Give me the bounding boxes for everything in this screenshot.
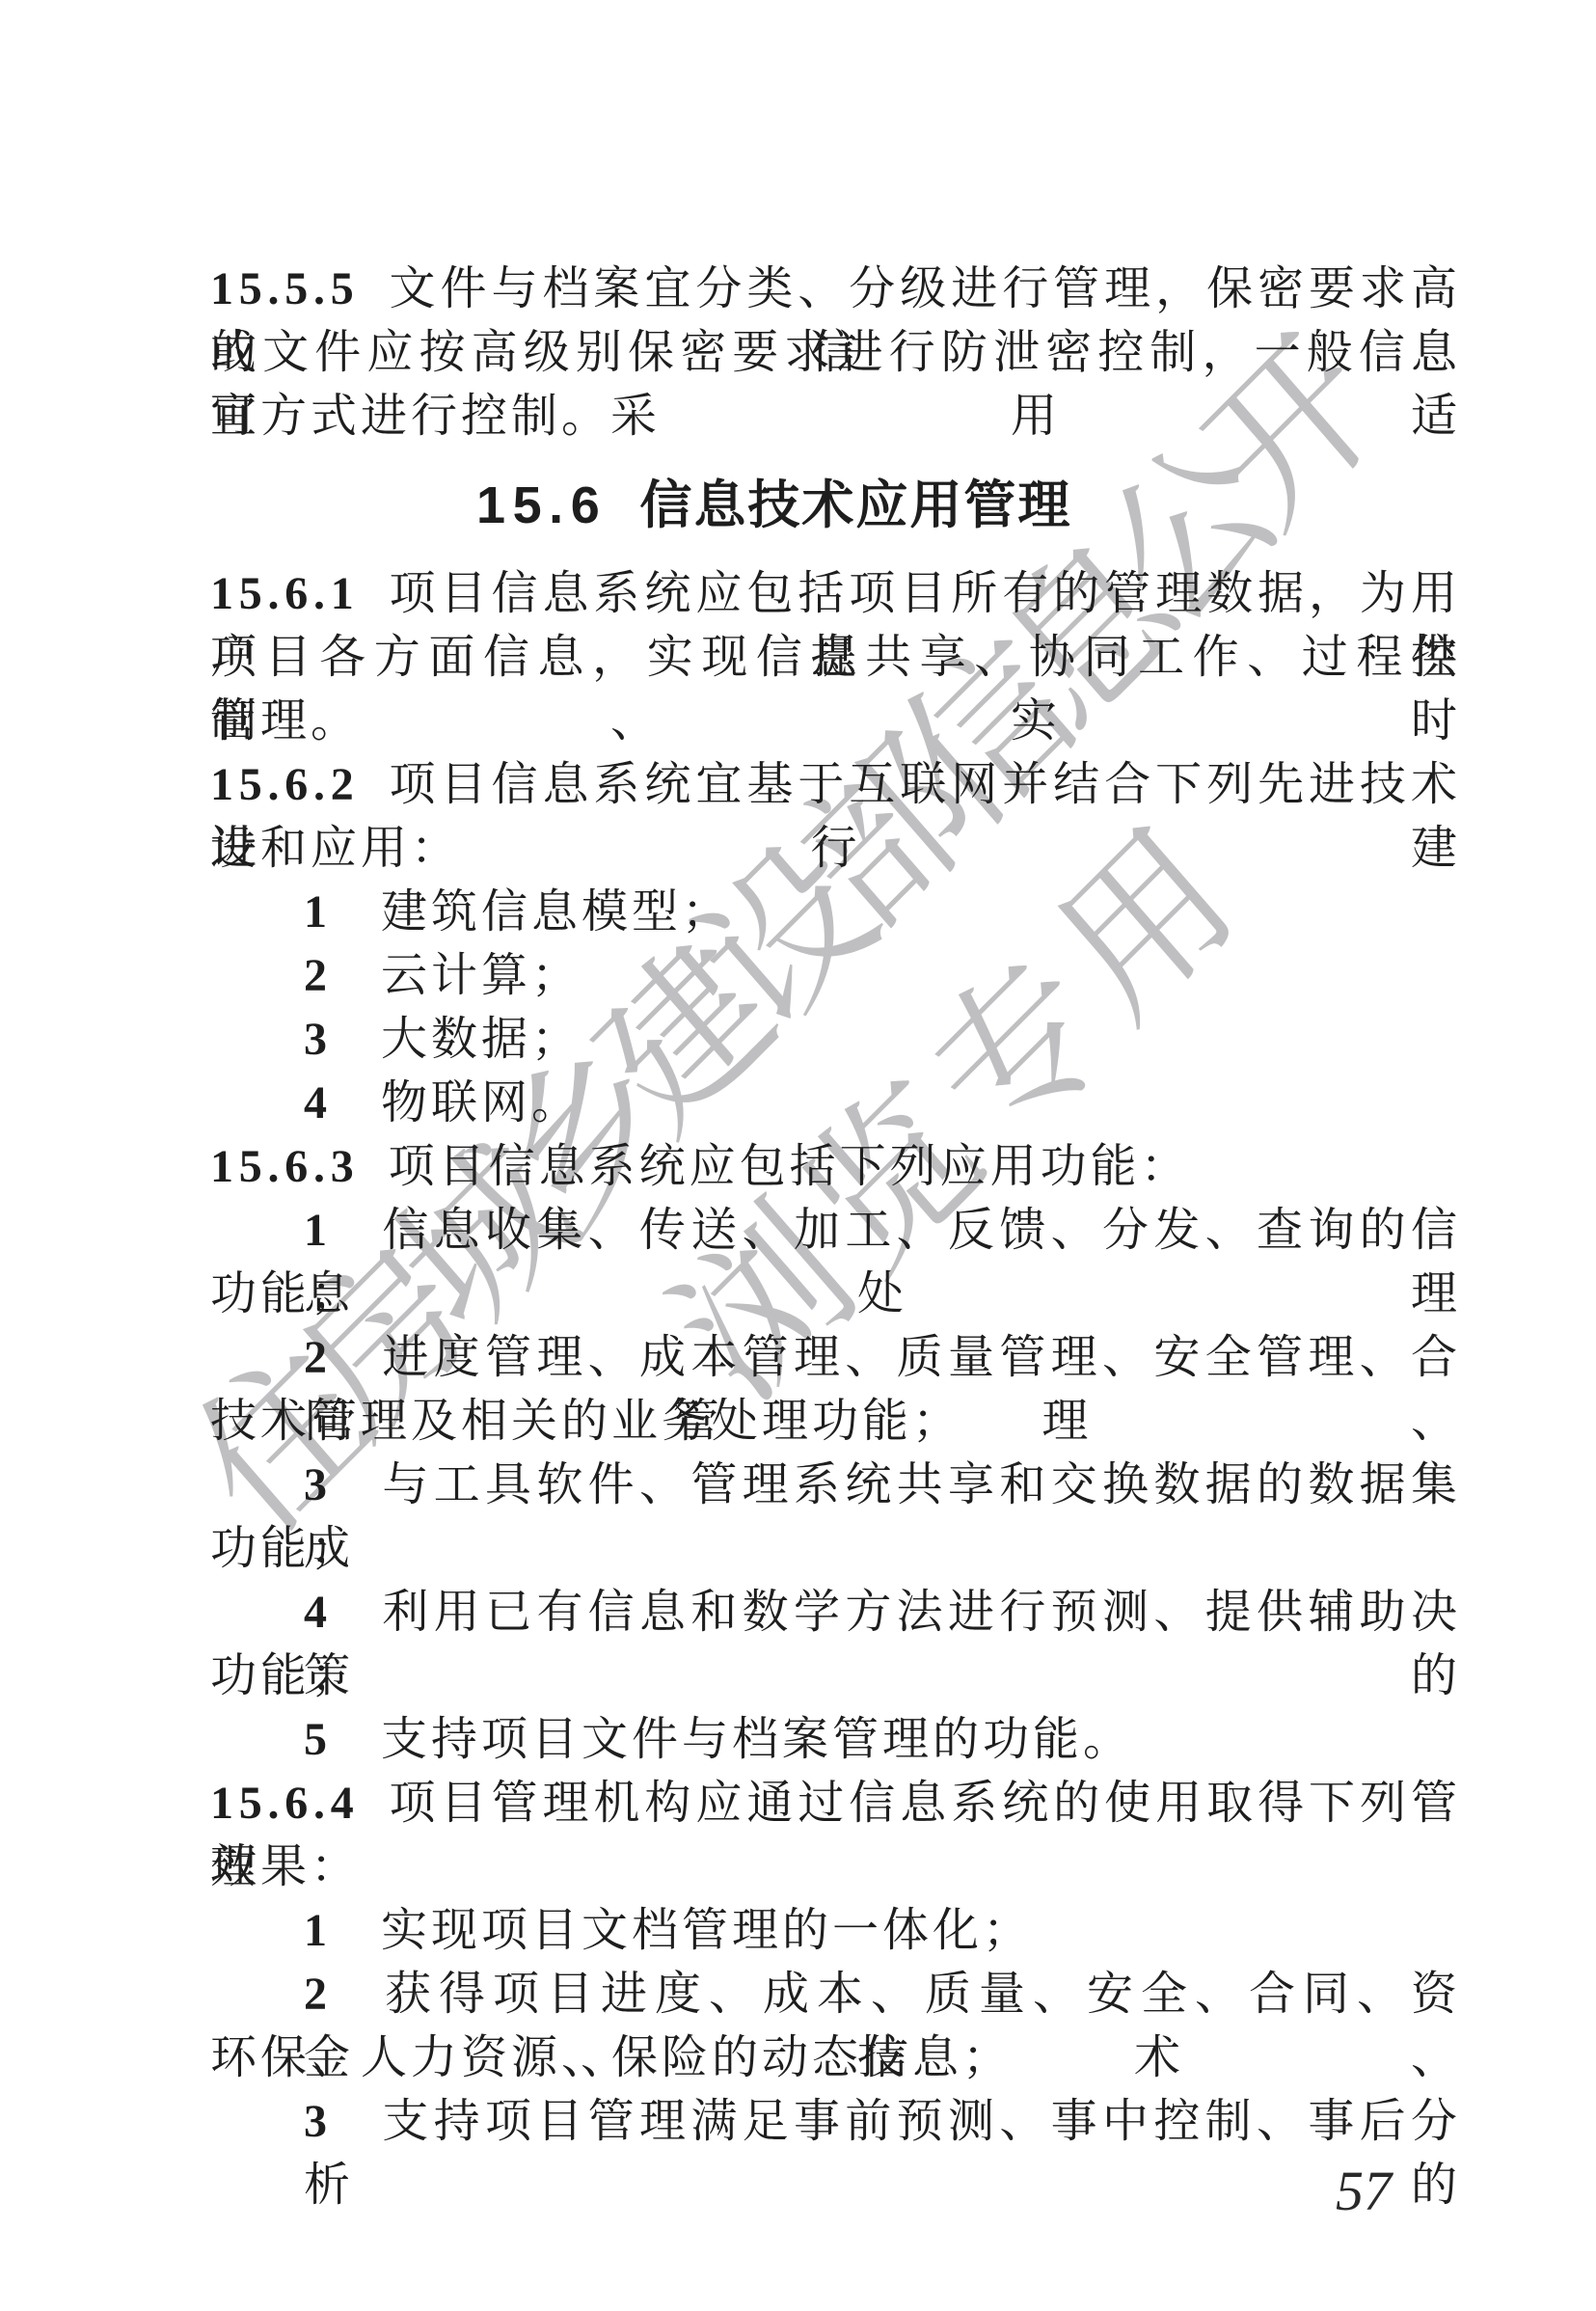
text-line-5: 15.6.1项目信息系统应包括项目所有的管理数据，为用户提供: [210, 562, 1461, 626]
line-text: 管理。: [210, 695, 361, 747]
item-number: 3: [304, 1014, 381, 1065]
line-text: 设和应用：: [210, 823, 461, 874]
item-number: 3: [304, 2096, 381, 2147]
clause-number: 15.6.4: [210, 1778, 389, 1829]
text-line-25: 效果：: [210, 1835, 1461, 1899]
section-heading: 15.6信息技术应用管理: [210, 474, 1461, 537]
line-text: 功能；: [210, 1268, 361, 1319]
line-text: 物联网。: [381, 1077, 582, 1128]
clause-number: 15.5.5: [210, 263, 389, 314]
text-line-13: 4物联网。: [210, 1072, 1461, 1135]
item-number: 4: [304, 1587, 381, 1638]
text-line-7: 管理。: [210, 690, 1461, 753]
text-line-10: 1建筑信息模型；: [210, 881, 1461, 944]
text-line-17: 2进度管理、成本管理、质量管理、安全管理、合同管理、: [210, 1326, 1461, 1390]
text-line-12: 3大数据；: [210, 1008, 1461, 1072]
document-page: 住房城乡建设部信息公开 浏览专用 15.5.5文件与档案宜分类、分级进行管理，保…: [0, 0, 1596, 2311]
clause-number: 15.6.3: [210, 1141, 389, 1192]
text-line-23: 5支持项目文件与档案管理的功能。: [210, 1708, 1461, 1772]
line-text: 效果：: [210, 1841, 361, 1892]
text-line-27: 2获得项目进度、成本、质量、安全、合同、资金、技术、: [210, 1963, 1461, 2026]
page-number: 57: [0, 2159, 1596, 2223]
line-text: 宜方式进行控制。: [210, 391, 611, 442]
text-line-22: 功能；: [210, 1645, 1461, 1708]
text-line-11: 2云计算；: [210, 944, 1461, 1008]
item-number: 2: [304, 1332, 381, 1383]
clause-number: 15.6.2: [210, 759, 389, 810]
text-line-3: 宜方式进行控制。: [210, 385, 1461, 449]
text-line-20: 功能；: [210, 1517, 1461, 1581]
item-number: 2: [304, 950, 381, 1001]
text-line-24: 15.6.4项目管理机构应通过信息系统的使用取得下列管理: [210, 1772, 1461, 1835]
text-line-9: 设和应用：: [210, 817, 1461, 881]
line-text: 环保、人力资源、保险的动态信息；: [210, 2032, 1013, 2083]
item-number: 1: [304, 1205, 381, 1256]
item-number: 2: [304, 1969, 381, 2020]
text-line-6: 项目各方面信息，实现信息共享、协同工作、过程控制、实时: [210, 626, 1461, 690]
heading-title: 信息技术应用管理: [639, 476, 1071, 534]
line-text: 实现项目文档管理的一体化；: [381, 1905, 1033, 1956]
text-line-8: 15.6.2项目信息系统宜基于互联网并结合下列先进技术进行建: [210, 753, 1461, 817]
item-number: 5: [304, 1714, 381, 1765]
text-line-16: 功能；: [210, 1263, 1461, 1326]
text-line-14: 15.6.3项目信息系统应包括下列应用功能：: [210, 1135, 1461, 1199]
item-number: 1: [304, 1905, 381, 1956]
text-line-2: 或文件应按高级别保密要求进行防泄密控制，一般信息可采用适: [210, 321, 1461, 385]
text-line-21: 4利用已有信息和数学方法进行预测、提供辅助决策的: [210, 1581, 1461, 1645]
line-text: 支持项目文件与档案管理的功能。: [381, 1714, 1133, 1765]
line-text: 功能；: [210, 1650, 361, 1701]
text-line-1: 15.5.5文件与档案宜分类、分级进行管理，保密要求高的信息: [210, 258, 1461, 321]
text-line-15: 1信息收集、传送、加工、反馈、分发、查询的信息处理: [210, 1199, 1461, 1263]
heading-number: 15.6: [476, 476, 639, 534]
line-text: 建筑信息模型；: [381, 886, 732, 938]
line-text: 技术管理及相关的业务处理功能；: [210, 1396, 962, 1447]
text-line-29: 3支持项目管理满足事前预测、事中控制、事后分析的: [210, 2090, 1461, 2154]
page-body: 15.5.5文件与档案宜分类、分级进行管理，保密要求高的信息或文件应按高级别保密…: [0, 0, 1596, 2154]
text-line-19: 3与工具软件、管理系统共享和交换数据的数据集成: [210, 1454, 1461, 1517]
line-text: 云计算；: [381, 950, 582, 1001]
clause-number: 15.6.1: [210, 568, 389, 619]
item-number: 1: [304, 886, 381, 938]
item-number: 4: [304, 1077, 381, 1128]
text-line-26: 1实现项目文档管理的一体化；: [210, 1899, 1461, 1963]
text-line-28: 环保、人力资源、保险的动态信息；: [210, 2026, 1461, 2090]
line-text: 大数据；: [381, 1014, 582, 1065]
line-text: 项目信息系统应包括下列应用功能：: [389, 1141, 1191, 1192]
item-number: 3: [304, 1459, 381, 1510]
text-line-18: 技术管理及相关的业务处理功能；: [210, 1390, 1461, 1454]
line-text: 功能；: [210, 1523, 361, 1574]
